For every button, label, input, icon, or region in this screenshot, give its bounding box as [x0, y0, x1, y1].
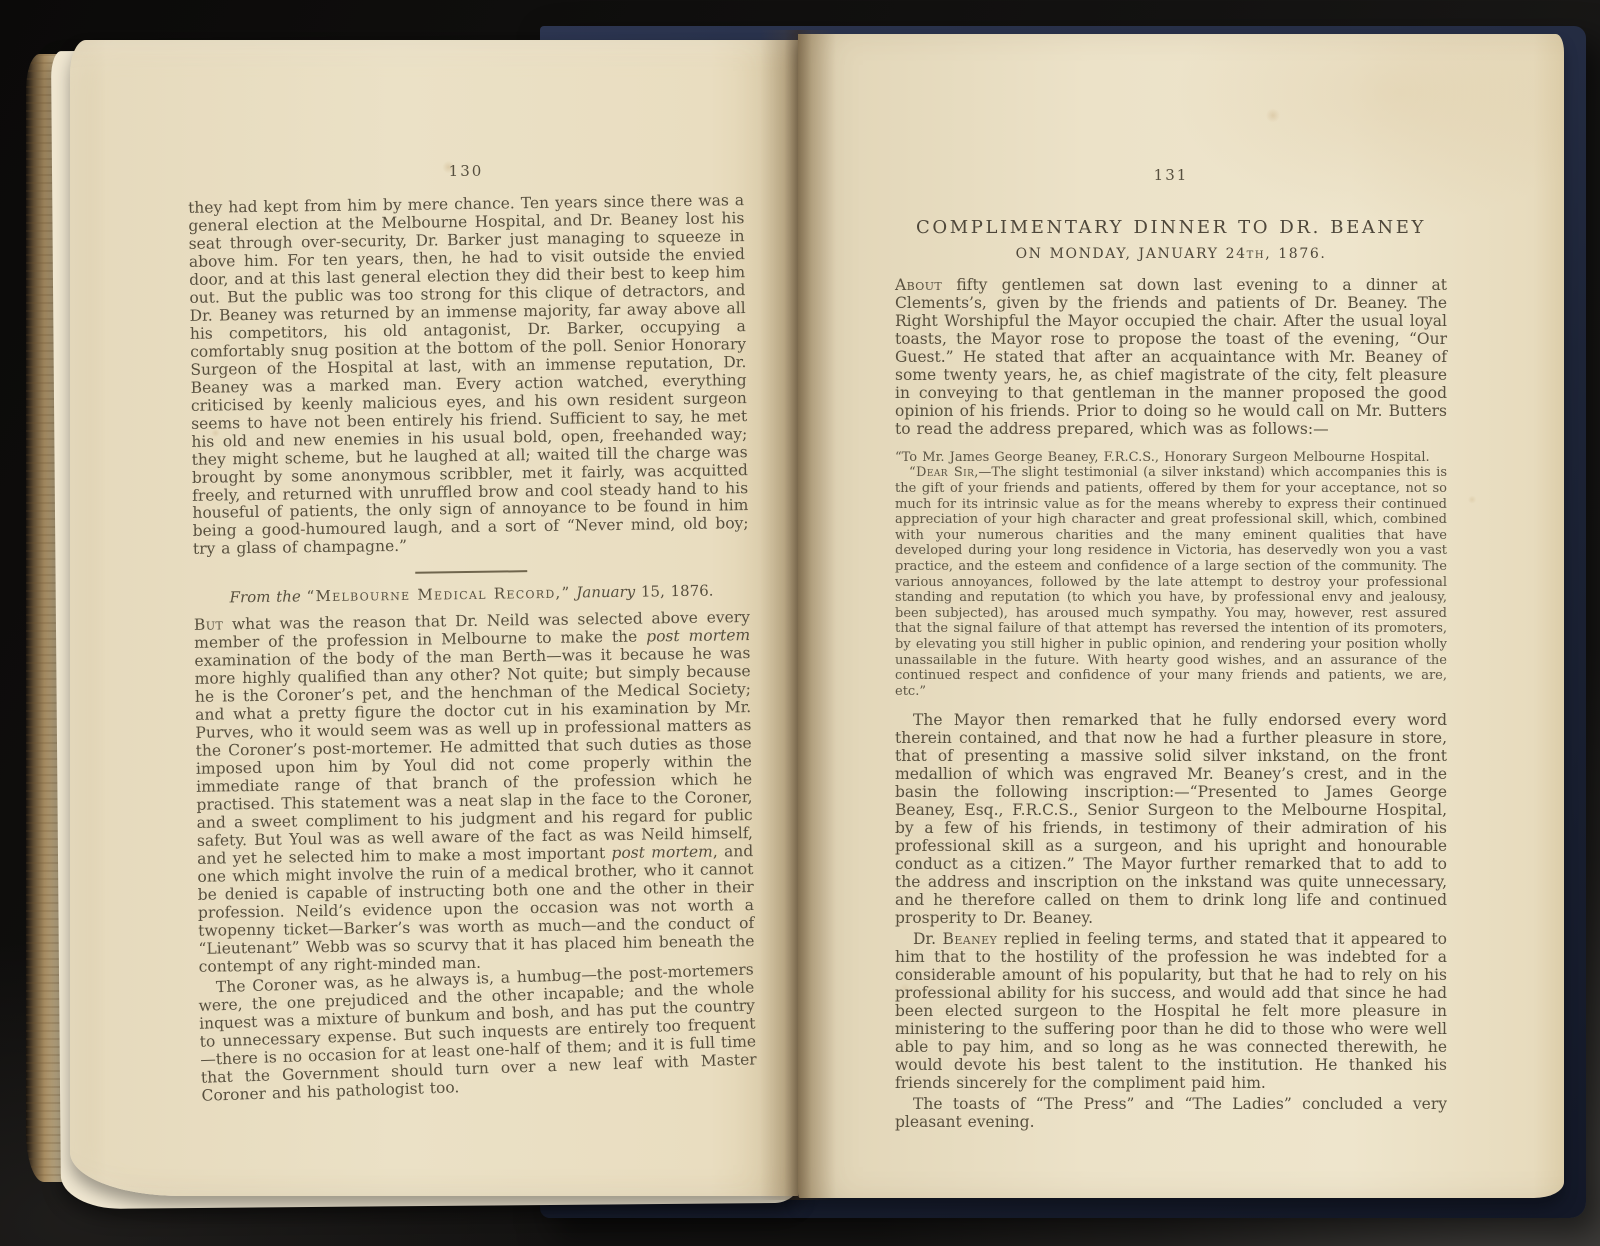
source-date-month: January	[570, 582, 641, 601]
paragraph-text: fifty gentlemen sat down last evening to…	[895, 276, 1447, 438]
closing-paragraph: The toasts of “The Press” and “The Ladie…	[895, 1096, 1447, 1132]
article-paragraph: About fifty gentlemen sat down last even…	[895, 277, 1447, 439]
right-page-text-column: COMPLIMENTARY DINNER TO DR. BEANEY ON MO…	[895, 218, 1447, 1132]
article-paragraph: But what was the reason that Dr. Neild w…	[194, 609, 755, 976]
left-page: 130 they had kept from him by mere chanc…	[70, 40, 798, 1196]
right-page: 131 COMPLIMENTARY DINNER TO DR. BEANEY O…	[798, 34, 1564, 1198]
salutation: “Dear Sir	[909, 465, 974, 480]
latin-phrase: post mortem	[646, 626, 750, 645]
page-number-right: 131	[895, 166, 1447, 184]
left-page-text-column: they had kept from him by mere chance. T…	[188, 192, 757, 1105]
latin-phrase: post mortem	[611, 842, 713, 861]
lead-word: But	[194, 616, 223, 634]
address-text: ,—The slight testimonial (a silver inkst…	[895, 465, 1447, 698]
paragraph-text: examination of the body of the man Berth…	[194, 644, 753, 867]
source-journal-name: “Melbourne Medical Record,”	[306, 583, 570, 605]
section-divider	[415, 571, 527, 574]
article-title: COMPLIMENTARY DINNER TO DR. BEANEY	[895, 218, 1447, 239]
article-subtitle: ON MONDAY, JANUARY 24TH, 1876.	[895, 246, 1447, 262]
continuation-paragraph: they had kept from him by mere chance. T…	[188, 192, 749, 559]
article-paragraph: The Coroner was, as he always is, a humb…	[198, 961, 758, 1105]
subtitle-text: ON MONDAY, JANUARY 24	[1016, 246, 1247, 262]
article-paragraph: The Mayor then remarked that he fully en…	[895, 712, 1447, 928]
address-block: “To Mr. James George Beaney, F.R.C.S., H…	[895, 450, 1447, 700]
person-name: Beaney	[943, 930, 998, 948]
address-body: “Dear Sir,—The slight testimonial (a sil…	[895, 465, 1447, 699]
photo-background: 130 they had kept from him by mere chanc…	[0, 0, 1600, 1246]
source-date: 15, 1876.	[641, 581, 714, 600]
paragraph-text: Dr.	[913, 930, 943, 948]
subtitle-text: , 1876.	[1265, 246, 1326, 262]
paragraph-text: replied in feeling terms, and stated tha…	[895, 930, 1447, 1092]
page-number-left: 130	[188, 162, 744, 180]
source-prefix: From the	[229, 587, 306, 606]
address-recipient: “To Mr. James George Beaney, F.R.C.S., H…	[895, 450, 1447, 466]
source-heading: From the “Melbourne Medical Record,” Jan…	[193, 582, 749, 607]
article-paragraph: Dr. Beaney replied in feeling terms, and…	[895, 931, 1447, 1093]
ordinal-suffix: TH	[1247, 250, 1266, 261]
lead-word: About	[895, 276, 942, 294]
